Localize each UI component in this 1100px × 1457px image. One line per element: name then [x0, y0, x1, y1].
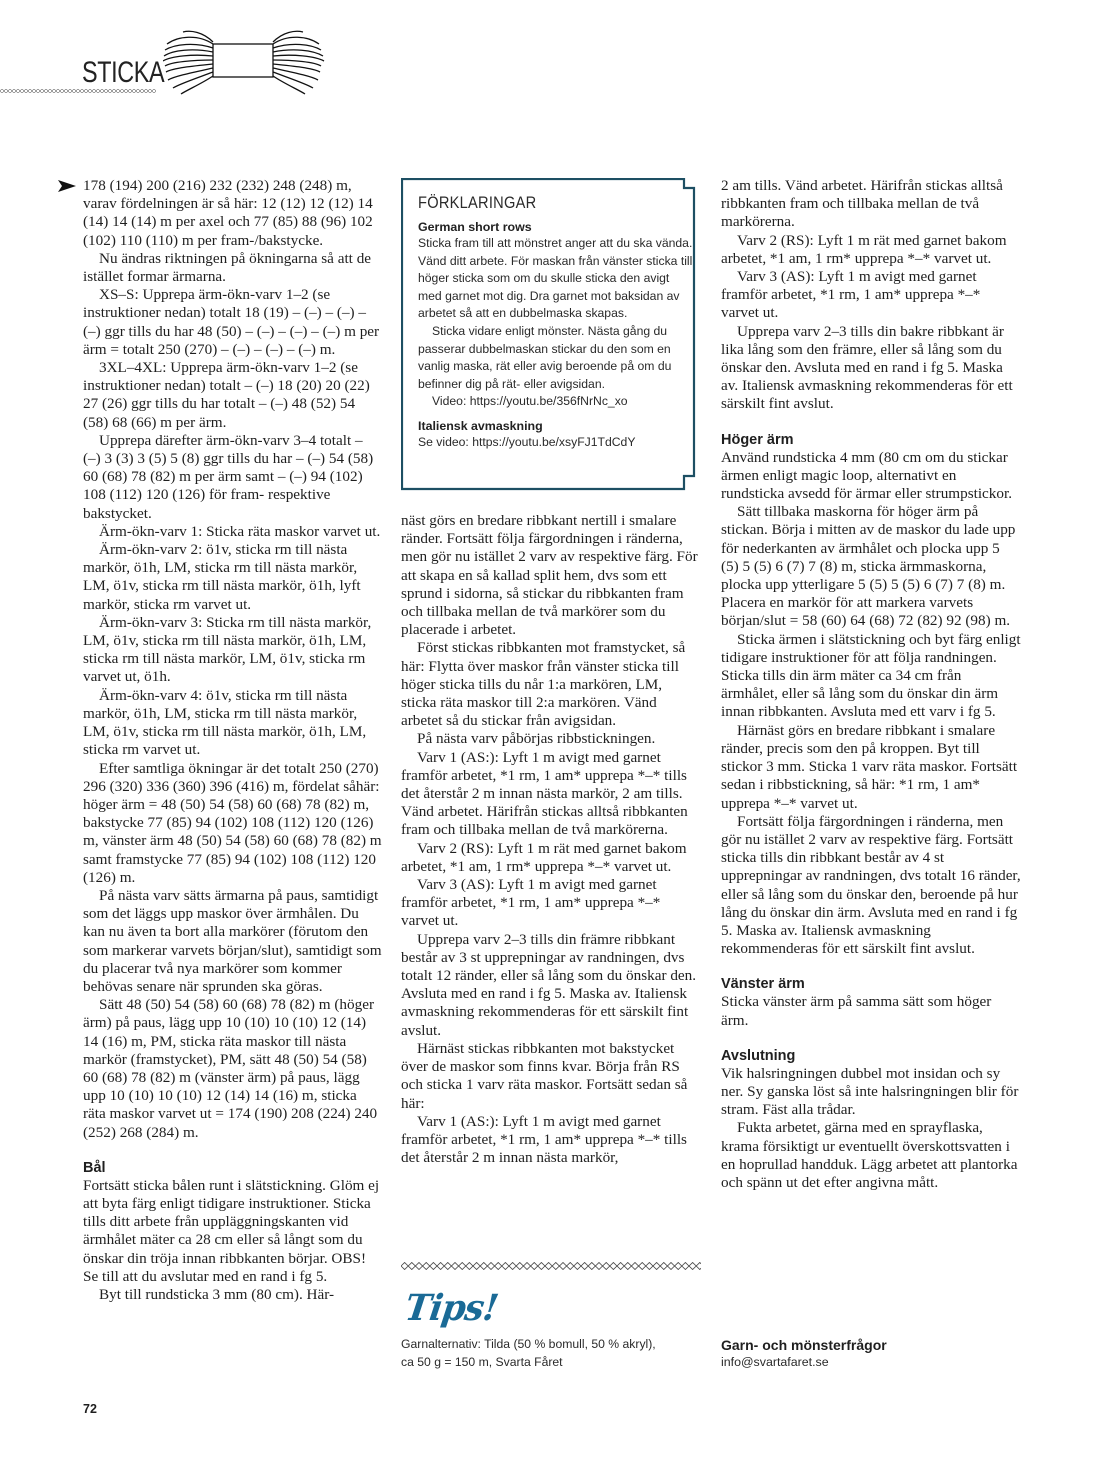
tips-logo: Tips!: [403, 1288, 501, 1328]
paragraph: Fortsätt följa färgordningen i ränderna,…: [721, 813, 1021, 959]
paragraph: Nu ändras riktningen på ökningarna så at…: [83, 250, 383, 286]
paragraph: Upprepa varv 2–3 tills din främre ribbka…: [401, 931, 701, 1040]
german-short-rows-text: Sticka fram till att mönstret anger att …: [418, 235, 693, 323]
paragraph: Sätt tillbaka maskorna för höger ärm på …: [721, 503, 1021, 630]
paragraph: Byt till rundsticka 3 mm (80 cm). Här-: [83, 1286, 383, 1304]
paragraph: Sticka ärmen i slätstickning och byt fär…: [721, 631, 1021, 722]
paragraph: Fukta arbetet, gärna med en sprayflaska,…: [721, 1119, 1021, 1192]
section-title: STICKA: [82, 56, 164, 90]
paragraph: Efter samtliga ökningar är det totalt 25…: [83, 760, 383, 887]
paragraph: Varv 3 (AS): Lyft 1 m avigt med garnet f…: [401, 876, 701, 931]
section-heading-bal: Bål: [83, 1159, 383, 1177]
paragraph: Varv 2 (RS): Lyft 1 m rät med garnet bak…: [721, 232, 1021, 268]
paragraph: Varv 2 (RS): Lyft 1 m rät med garnet bak…: [401, 840, 701, 876]
contact-heading: Garn- och mönsterfrågor: [721, 1336, 1021, 1354]
contact-block: Garn- och mönsterfrågor info@svartafaret…: [721, 1336, 1021, 1371]
paragraph: näst görs en bredare ribbkant nertill i …: [401, 512, 701, 639]
section-heading-hoger-arm: Höger ärm: [721, 431, 1021, 449]
yarn-skein-icon: [163, 28, 325, 98]
paragraph: Använd rundsticka 4 mm (80 cm om du stic…: [721, 449, 1021, 504]
paragraph: 178 (194) 200 (216) 232 (232) 248 (248) …: [83, 177, 383, 250]
arrow-right-icon: [58, 180, 76, 192]
explanations-box: FÖRKLARINGAR German short rows Sticka fr…: [401, 178, 697, 490]
paragraph: Upprepa varv 2–3 tills din bakre ribbkan…: [721, 323, 1021, 414]
diamond-divider: [401, 1262, 701, 1270]
header-divider: [0, 89, 156, 93]
section-heading-vanster-arm: Vänster ärm: [721, 975, 1021, 993]
paragraph: Varv 1 (AS:): Lyft 1 m avigt med garnet …: [401, 1113, 701, 1168]
italian-video-link[interactable]: Se video: https://youtu.be/xsyFJ1TdCdY: [418, 434, 693, 452]
tips-text: Garnalternativ: Tilda (50 % bomull, 50 %…: [401, 1336, 711, 1371]
german-short-rows-text-2: Sticka vidare enligt mönster. Nästa gång…: [418, 323, 693, 393]
tips-line-1: Garnalternativ: Tilda (50 % bomull, 50 %…: [401, 1336, 711, 1354]
paragraph: Vik halsringningen dubbel mot insidan oc…: [721, 1065, 1021, 1120]
column-2: näst görs en bredare ribbkant nertill i …: [401, 512, 701, 1167]
page-number: 72: [83, 1402, 97, 1416]
paragraph: Fortsätt sticka bålen runt i slätstickni…: [83, 1177, 383, 1286]
column-3: 2 am tills. Vänd arbetet. Härifrån stick…: [721, 177, 1021, 1192]
paragraph: Härnäst stickas ribbkanten mot bakstycke…: [401, 1040, 701, 1113]
section-heading-avslutning: Avslutning: [721, 1047, 1021, 1065]
paragraph: Varv 1 (AS:): Lyft 1 m avigt med garnet …: [401, 749, 701, 840]
paragraph: Ärm-ökn-varv 2: ö1v, sticka rm till näst…: [83, 541, 383, 614]
contact-email-link[interactable]: info@svartafaret.se: [721, 1354, 1021, 1371]
paragraph: Ärm-ökn-varv 4: ö1v, sticka rm till näst…: [83, 687, 383, 760]
paragraph: På nästa varv sätts ärmarna på paus, sam…: [83, 887, 383, 996]
paragraph: Ärm-ökn-varv 1: Sticka räta maskor varve…: [83, 523, 383, 541]
paragraph: Varv 3 (AS): Lyft 1 m avigt med garnet f…: [721, 268, 1021, 323]
paragraph: På nästa varv påbörjas ribbstickningen.: [401, 730, 701, 748]
paragraph: Sätt 48 (50) 54 (58) 60 (68) 78 (82) m (…: [83, 996, 383, 1142]
german-short-rows-heading: German short rows: [418, 219, 693, 235]
paragraph: 3XL–4XL: Upprepa ärm-ökn-varv 1–2 (se in…: [83, 359, 383, 432]
german-video-link[interactable]: Video: https://youtu.be/356fNrNc_xo: [418, 393, 693, 411]
paragraph: Först stickas ribbkanten mot framstycket…: [401, 639, 701, 730]
paragraph: Sticka vänster ärm på samma sätt som hög…: [721, 993, 1021, 1029]
italian-bindoff-heading: Italiensk avmaskning: [418, 418, 693, 434]
box-title: FÖRKLARINGAR: [418, 194, 655, 212]
page-header: STICKA: [0, 0, 420, 110]
paragraph: Härnäst görs en bredare ribbkant i smala…: [721, 722, 1021, 813]
paragraph: 2 am tills. Vänd arbetet. Härifrån stick…: [721, 177, 1021, 232]
paragraph: XS–S: Upprepa ärm-ökn-varv 1–2 (se instr…: [83, 286, 383, 359]
column-1: 178 (194) 200 (216) 232 (232) 248 (248) …: [83, 177, 383, 1304]
paragraph: Upprepa därefter ärm-ökn-varv 3–4 totalt…: [83, 432, 383, 523]
paragraph: Ärm-ökn-varv 3: Sticka rm till nästa mar…: [83, 614, 383, 687]
tips-line-2: ca 50 g = 150 m, Svarta Fåret: [401, 1354, 711, 1372]
